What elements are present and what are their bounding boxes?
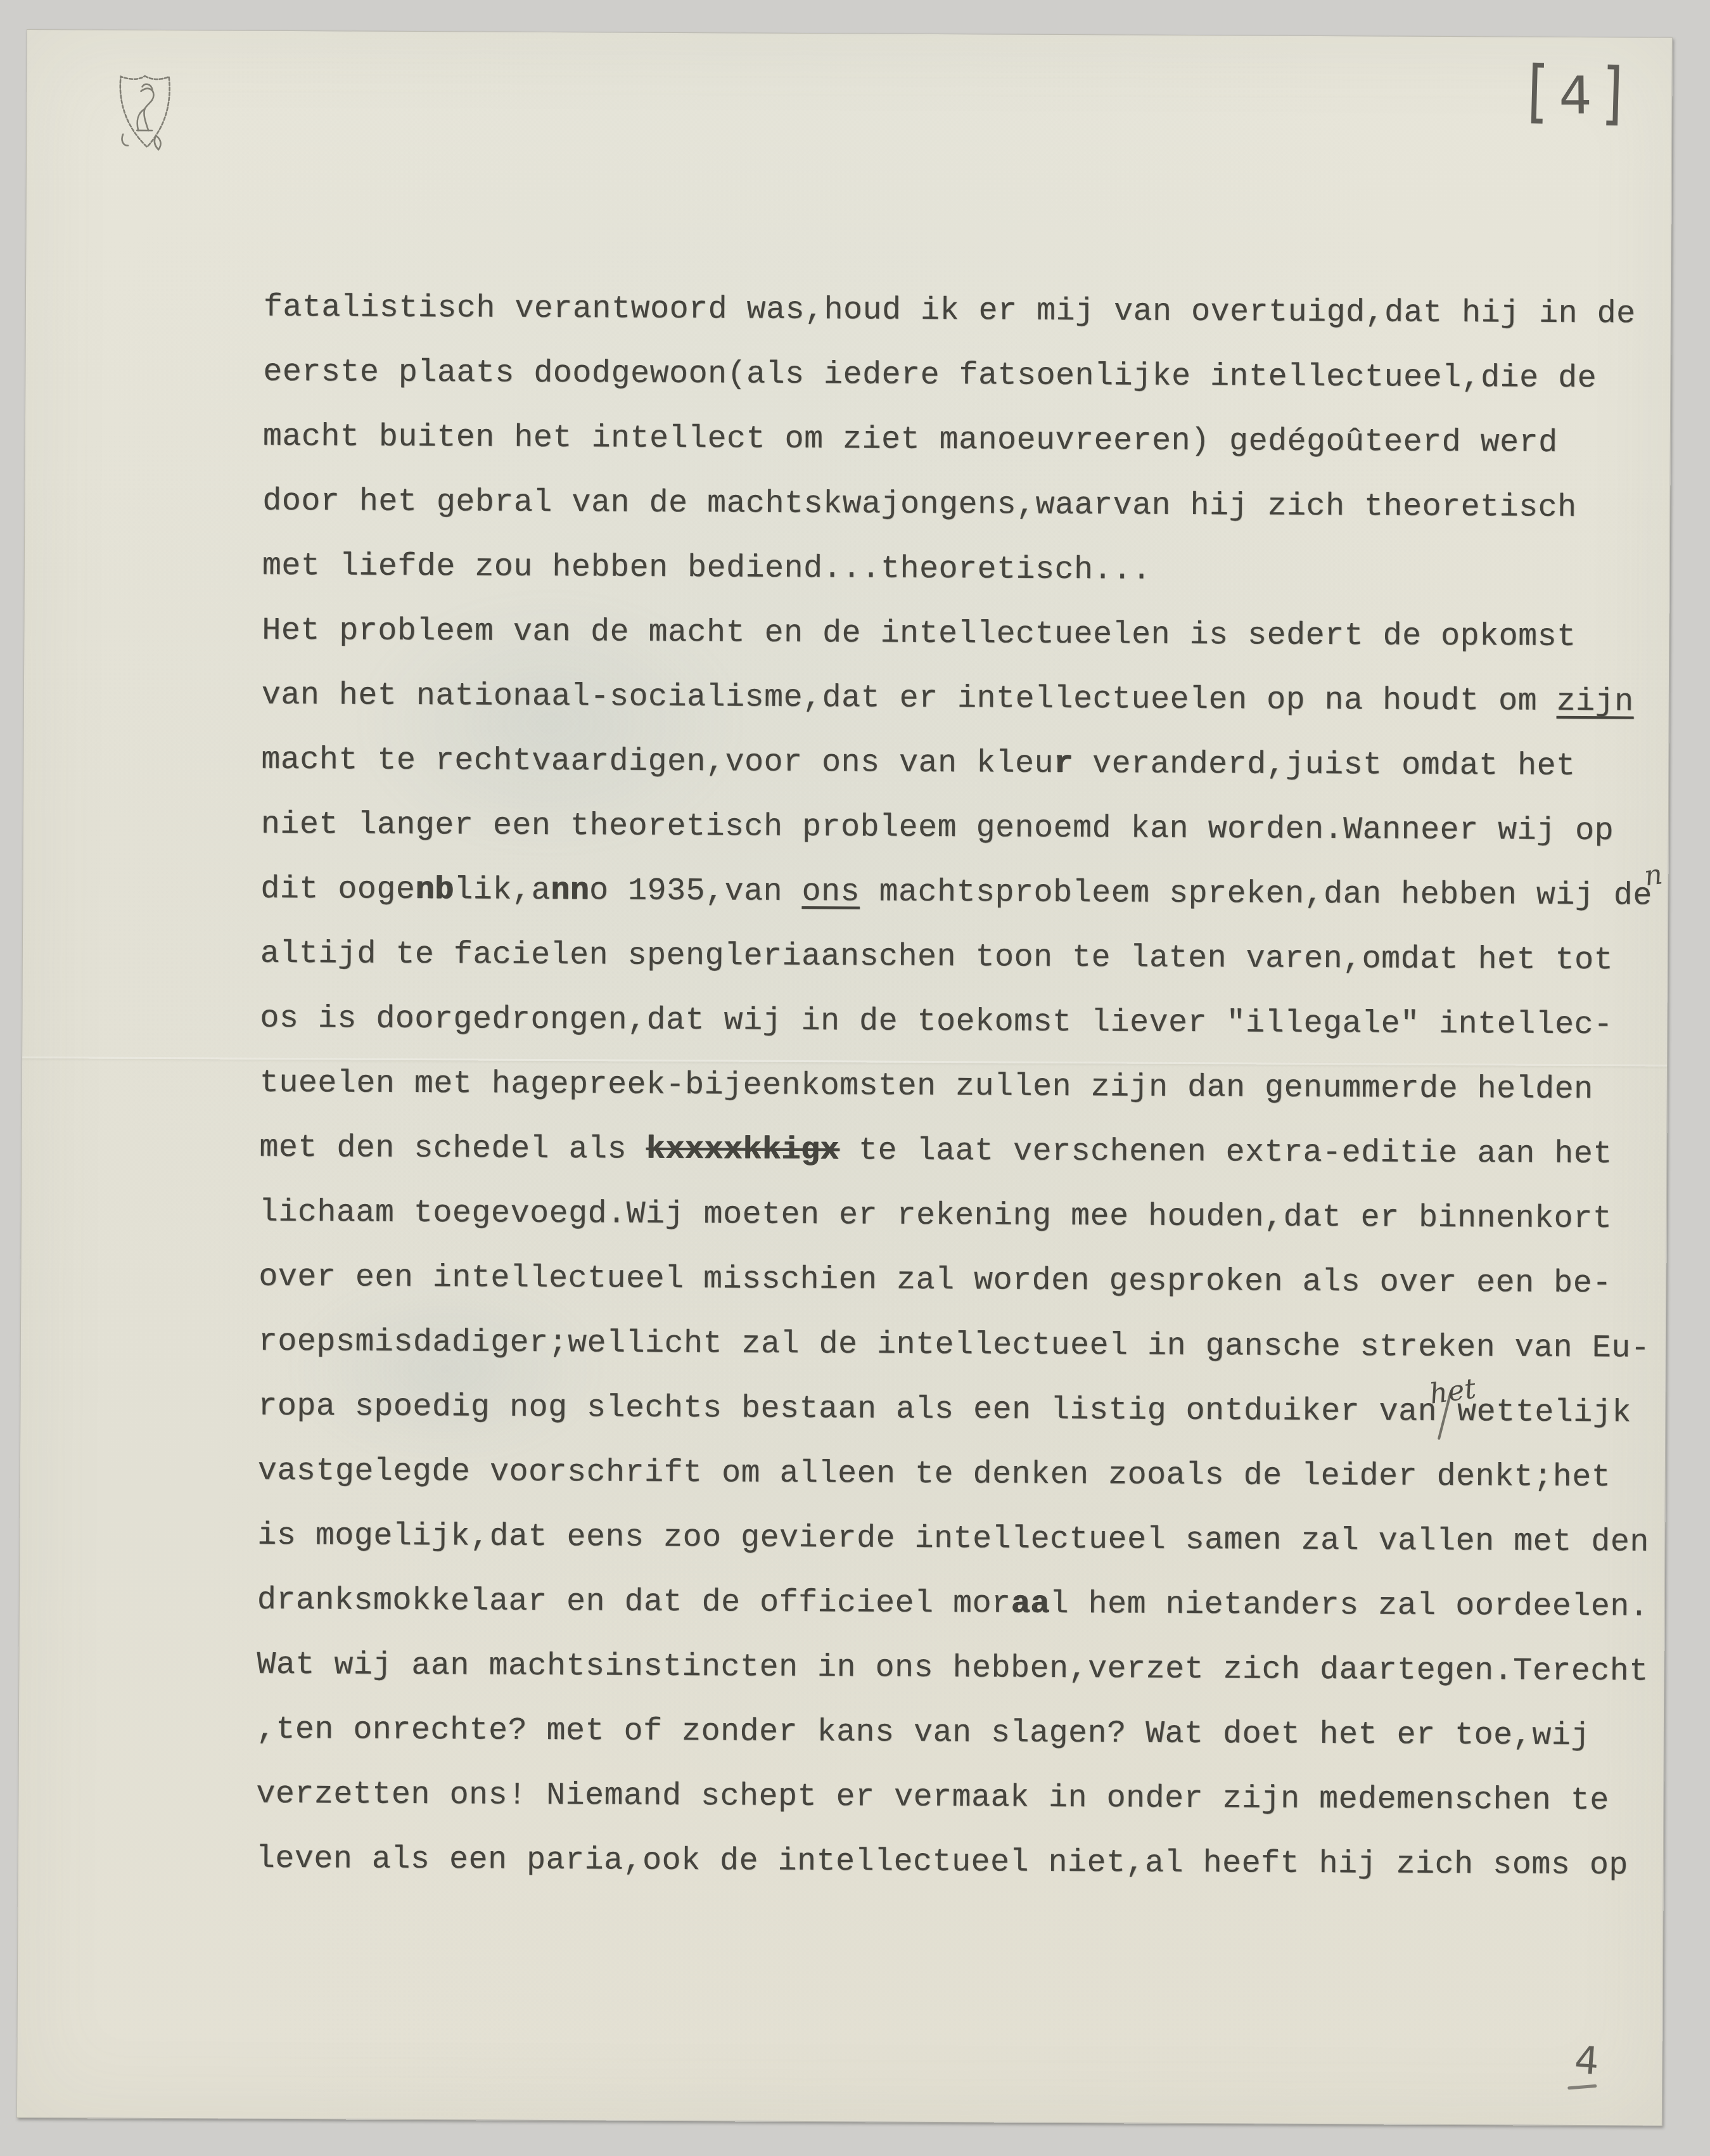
text-segment: door het gebral van de machtskwajongens,… (262, 484, 1577, 526)
typescript-line: vastgelegde voorschrift om alleen te den… (258, 1439, 1655, 1511)
text-segment: zijn (1557, 684, 1634, 721)
text-segment: l hem nietanders zal oordeelen. (1049, 1586, 1649, 1626)
typescript-line: is mogelijk,dat eens zoo gevierde intell… (257, 1504, 1654, 1575)
typescript-line: met liefde zou hebben bediend...theoreti… (262, 534, 1659, 606)
bracket-open: [ (1526, 57, 1549, 125)
text-segment: wettelijk (1457, 1394, 1631, 1431)
text-segment: Het probleem van de macht en de intellec… (262, 613, 1576, 655)
text-segment: ,ten onrechte? met of zonder kans van sl… (257, 1712, 1590, 1754)
bracket-close: ] (1601, 59, 1624, 127)
text-segment: dranksmokkelaar en dat de officieel mor (257, 1582, 1011, 1622)
typescript-line: altijd te facielen spengleriaanschen too… (260, 922, 1657, 994)
typescript-line: door het gebral van de machtskwajongens,… (262, 470, 1659, 541)
text-segment: is mogelijk,dat eens zoo gevierde intell… (257, 1518, 1649, 1561)
text-segment: niet langer een theoretisch probleem gen… (261, 807, 1614, 849)
paper-sheet: [ 4 ] fatalistisch verantwoord was,houd … (16, 29, 1673, 2126)
typescript-line: Het probleem van de macht en de intellec… (262, 599, 1659, 671)
typescript-line: ropa spoedig nog slechts bestaan als een… (258, 1375, 1655, 1446)
text-segment: o 1935,van (589, 873, 802, 910)
text-segment: aa (1011, 1586, 1049, 1622)
typescript-line: ,ten onrechte? met of zonder kans van sl… (257, 1698, 1654, 1769)
text-segment: nn (551, 873, 589, 909)
text-segment: nb (415, 872, 454, 908)
text-segment: ons (801, 874, 860, 910)
typescript-line: macht te rechtvaardigen,voor ons van kle… (261, 728, 1658, 800)
typescript-line: verzetten ons! Niemand schept er vermaak… (256, 1762, 1653, 1834)
typescript-line: over een intellectueel misschien zal wor… (258, 1245, 1656, 1317)
text-segment: lichaam toegevoegd.Wij moeten er rekenin… (259, 1195, 1612, 1237)
typescript-line: fatalistisch verantwoord was,houd ik er … (264, 276, 1661, 347)
text-segment: lik,a (454, 872, 551, 909)
text-segment: eerste plaats doodgewoon(als iedere fats… (263, 354, 1597, 397)
text-segment: over een intellectueel misschien zal wor… (258, 1259, 1612, 1302)
typescript-line: os is doorgedrongen,dat wij in de toekom… (260, 987, 1657, 1058)
typescript-line: met den schedel als kxxxxkkigx te laat v… (259, 1116, 1656, 1188)
typescript-line: leven als een paria,ook de intellectueel… (256, 1827, 1653, 1899)
text-segment: vastgelegde voorschrift om alleen te den… (258, 1453, 1611, 1496)
typescript-text: fatalistisch verantwoord was,houd ik er … (256, 276, 1661, 1899)
text-segment: machtsprobleem spreken,dan hebben wij de (860, 874, 1652, 914)
text-segment: r (1054, 746, 1073, 782)
text-segment: met den schedel als (259, 1130, 646, 1168)
typescript-line: macht buiten het intellect om ziet manoe… (263, 405, 1660, 477)
text-segment: tueelen met hagepreek-bijeenkomsten zull… (260, 1065, 1593, 1108)
typescript-line: dit oogenblik,anno 1935,van ons machtspr… (260, 857, 1657, 929)
typescript-line: lichaam toegevoegd.Wij moeten er rekenin… (259, 1181, 1656, 1252)
typescript-line: van het nationaal-socialisme,dat er inte… (262, 664, 1659, 735)
text-segment: altijd te facielen spengleriaanschen too… (260, 936, 1614, 979)
text-segment: van het nationaal-socialisme,dat er inte… (262, 677, 1557, 720)
text-segment: verzetten ons! Niemand schept er vermaak… (256, 1776, 1609, 1819)
text-segment: os is doorgedrongen,dat wij in de toekom… (260, 1001, 1613, 1043)
heraldic-shield-bird-stamp-icon (115, 72, 174, 153)
handwritten-text: het (1426, 1357, 1481, 1427)
typescript-line: tueelen met hagepreek-bijeenkomsten zull… (260, 1051, 1657, 1123)
text-segment: macht te rechtvaardigen,voor ons van kle… (261, 742, 1054, 782)
text-segment: ropa spoedig nog slechts bestaan als een… (258, 1389, 1437, 1430)
text-segment: kxxxxkkigx (646, 1132, 839, 1169)
text-segment: veranderd,juist omdat het (1073, 746, 1575, 785)
typescript-line: niet langer een theoretisch probleem gen… (261, 793, 1658, 864)
typescript-line: dranksmokkelaar en dat de officieel mora… (257, 1569, 1654, 1640)
text-segment: met liefde zou hebben bediend...theoreti… (262, 548, 1151, 589)
text-segment: fatalistisch verantwoord was,houd ik er … (264, 290, 1636, 333)
text-segment: Wat wij aan machtsinstincten in ons hebb… (257, 1647, 1649, 1690)
typescript-line: eerste plaats doodgewoon(als iedere fats… (263, 340, 1660, 412)
page-number-top-value: 4 (1559, 70, 1592, 122)
text-segment: leven als een paria,ook de intellectueel… (256, 1841, 1628, 1884)
page-number-bottom: 4 (1573, 2038, 1600, 2084)
text-segment: dit ooge (260, 871, 415, 908)
text-segment: macht buiten het intellect om ziet manoe… (263, 419, 1558, 461)
scan-background: { "page": { "top_right_page_number": { "… (0, 0, 1710, 2156)
page-number-top: [ 4 ] (1526, 64, 1623, 121)
typescript-line: Wat wij aan machtsinstincten in ons hebb… (257, 1633, 1654, 1705)
text-segment: te laat verschenen extra-editie aan het (839, 1133, 1612, 1172)
